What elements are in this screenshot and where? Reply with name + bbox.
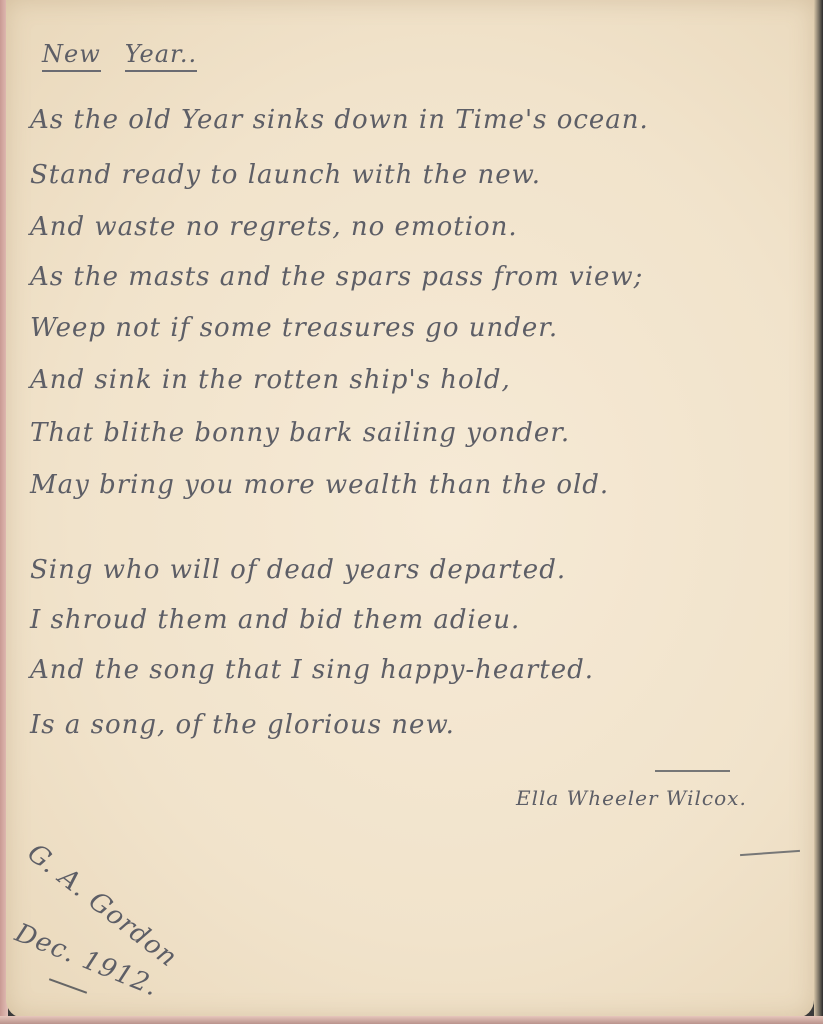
underline-rule — [655, 770, 730, 772]
title-word-1: New — [42, 40, 101, 72]
title-word-2: Year.. — [125, 40, 197, 72]
poem-line: That blithe bonny bark sailing yonder. — [30, 418, 570, 448]
poem-line: As the masts and the spars pass from vie… — [30, 262, 643, 292]
page-edge-right — [814, 0, 823, 1024]
poem-line: Stand ready to launch with the new. — [30, 160, 541, 190]
poem-line: Weep not if some treasures go under. — [30, 313, 558, 343]
poem-line: Is a song, of the glorious new. — [30, 710, 455, 740]
poem-title: NewYear.. — [42, 40, 221, 68]
poem-line: And sink in the rotten ship's hold, — [30, 365, 511, 395]
poem-line: Sing who will of dead years departed. — [30, 555, 566, 585]
notebook-page — [6, 0, 814, 1018]
poem-attribution: Ella Wheeler Wilcox. — [516, 786, 747, 810]
poem-line: May bring you more wealth than the old. — [30, 470, 609, 500]
poem-line: I shroud them and bid them adieu. — [30, 605, 520, 635]
poem-line: And waste no regrets, no emotion. — [30, 212, 518, 242]
poem-line: And the song that I sing happy-hearted. — [30, 655, 594, 685]
page-edge-bottom — [0, 1016, 823, 1024]
poem-line: As the old Year sinks down in Time's oce… — [30, 105, 649, 135]
